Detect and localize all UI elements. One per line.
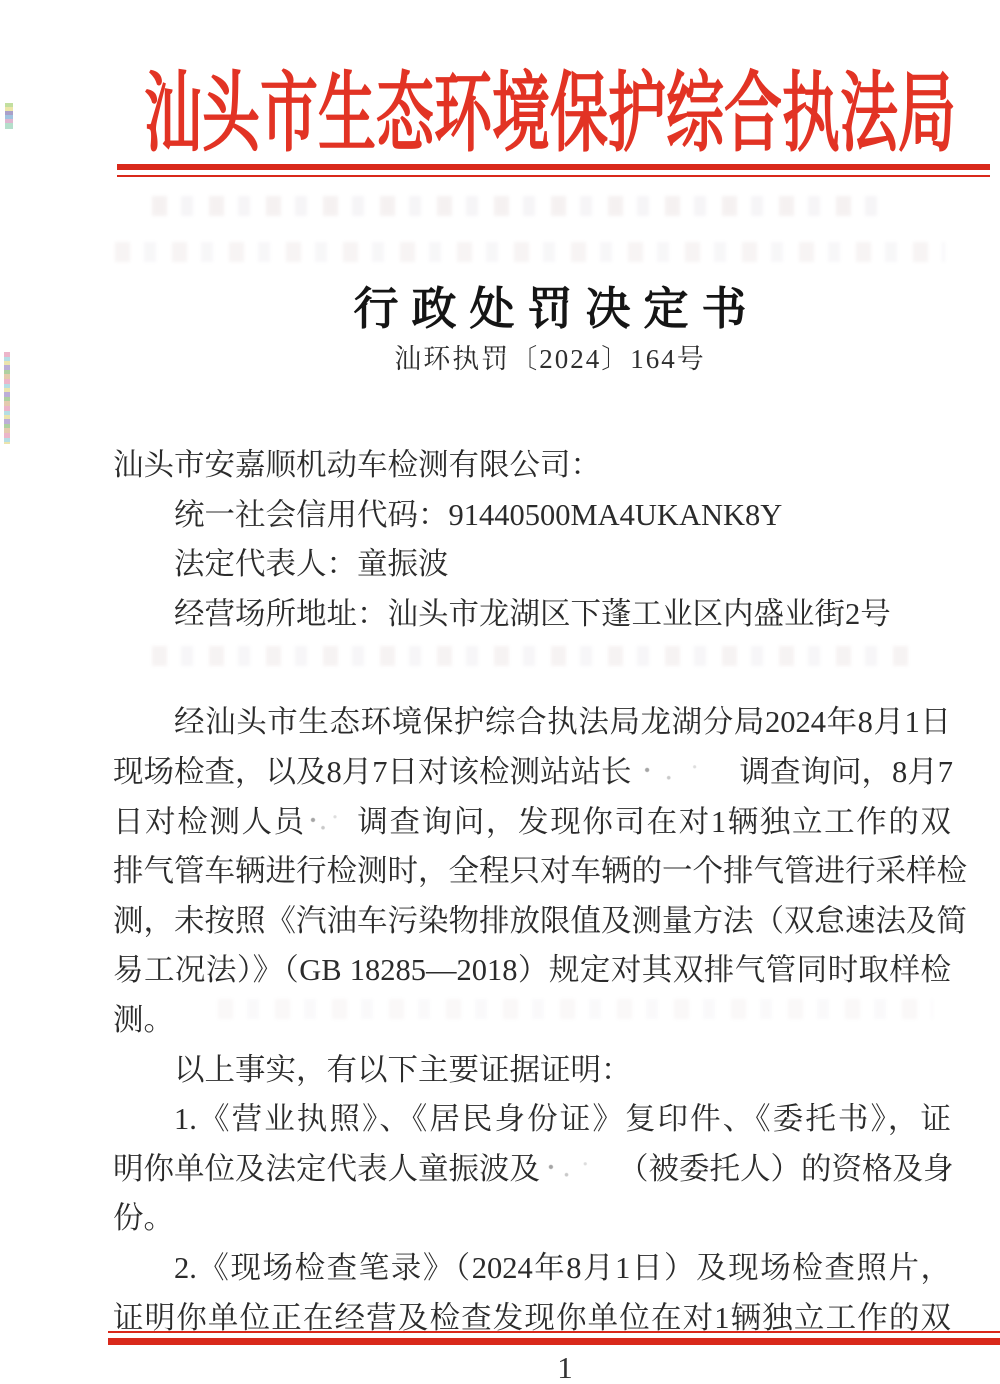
- text-line: 排气管车辆进行检测时，全程只对车辆的一个排气管进行采样检: [113, 847, 951, 897]
- text-segment: 明你单位及法定代表人童振波及: [113, 1152, 540, 1186]
- text-segment: 日对检测人员: [113, 805, 306, 839]
- document-body: 汕头市安嘉顺机动车检测有限公司：统一社会信用代码：91440500MA4UKAN…: [113, 441, 951, 1343]
- text-line: 日对检测人员调查询问，发现你司在对1辆独立工作的双: [113, 798, 951, 848]
- text-line: 测。: [113, 996, 951, 1046]
- text-segment: 易工况法）》（GB 18285—2018）规定对其双排气管同时取样检: [113, 953, 951, 987]
- text-segment: 以上事实，有以下主要证据证明：: [174, 1053, 632, 1087]
- scanned-document-page: 汕头市生态环境保护综合执法局 行政处罚决定书 汕环执罚〔2024〕164号 汕头…: [0, 0, 1000, 1384]
- bleedthrough-ghost-row: [152, 196, 882, 216]
- redacted-name: [540, 1156, 618, 1182]
- text-segment: 份。: [113, 1201, 174, 1235]
- text-segment: 1.《营业执照》、《居民身份证》复印件、《委托书》，证: [174, 1102, 951, 1136]
- text-segment: 现场检查，以及8月7日对该检测站站长: [113, 755, 632, 789]
- text-line: 易工况法）》（GB 18285—2018）规定对其双排气管同时取样检: [113, 946, 951, 996]
- text-segment: （被委托人）的资格及身: [618, 1152, 954, 1186]
- text-line: 经营场所地址：汕头市龙湖区下蓬工业区内盛业街2号: [113, 590, 951, 640]
- document-number: 汕环执罚〔2024〕164号: [105, 337, 995, 376]
- text-segment: 证明你单位正在经营及检查发现你单位在对1辆独立工作的双: [113, 1301, 951, 1335]
- page-number: 1: [557, 1350, 573, 1384]
- bleedthrough-ghost-row: [115, 242, 945, 262]
- text-segment: 统一社会信用代码：91440500MA4UKANK8Y: [174, 498, 782, 532]
- text-segment: 排气管车辆进行检测时，全程只对车辆的一个排气管进行采样检: [113, 854, 967, 888]
- text-segment: 经营场所地址：汕头市龙湖区下蓬工业区内盛业街2号: [174, 597, 891, 631]
- text-line: 1.《营业执照》、《居民身份证》复印件、《委托书》，证: [113, 1095, 951, 1145]
- text-segment: 经汕头市生态环境保护综合执法局龙湖分局2024年8月1日: [174, 705, 951, 739]
- text-line: 经汕头市生态环境保护综合执法局龙湖分局2024年8月1日: [113, 698, 951, 748]
- text-segment: 法定代表人：童振波: [174, 547, 449, 581]
- redacted-name: [632, 759, 740, 785]
- text-line: 明你单位及法定代表人童振波及（被委托人）的资格及身: [113, 1145, 951, 1195]
- text-segment: 调查询问，8月7: [740, 755, 954, 789]
- letterhead-divider-rule: [117, 164, 990, 177]
- text-line: 法定代表人：童振波: [113, 540, 951, 590]
- agency-name: 汕头市生态环境保护综合执法局: [144, 71, 956, 158]
- text-segment: 测，未按照《汽油车污染物排放限值及测量方法（双怠速法及简: [113, 904, 967, 938]
- text-segment: 调查询问，发现你司在对1辆独立工作的双: [356, 805, 951, 839]
- text-segment: 汕头市安嘉顺机动车检测有限公司：: [113, 448, 601, 482]
- text-line: 以上事实，有以下主要证据证明：: [113, 1046, 951, 1096]
- text-line: 份。: [113, 1194, 951, 1244]
- document-title: 行政处罚决定书: [105, 272, 995, 337]
- text-segment: 2.《现场检查笔录》（2024年8月1日）及现场检查照片，: [174, 1251, 951, 1285]
- text-line: 统一社会信用代码：91440500MA4UKANK8Y: [113, 491, 951, 541]
- footer-rule: [108, 1331, 1000, 1345]
- text-line: 现场检查，以及8月7日对该检测站站长调查询问，8月7: [113, 748, 951, 798]
- redacted-name: [306, 809, 356, 835]
- scan-artifact-left: [4, 352, 10, 444]
- letterhead: 汕头市生态环境保护综合执法局: [105, 71, 995, 129]
- scan-artifact-top: [5, 103, 13, 129]
- text-segment: 测。: [113, 1003, 174, 1037]
- text-line: 测，未按照《汽油车污染物排放限值及测量方法（双怠速法及简: [113, 897, 951, 947]
- text-line: 2.《现场检查笔录》（2024年8月1日）及现场检查照片，: [113, 1244, 951, 1294]
- text-line: 汕头市安嘉顺机动车检测有限公司：: [113, 441, 951, 491]
